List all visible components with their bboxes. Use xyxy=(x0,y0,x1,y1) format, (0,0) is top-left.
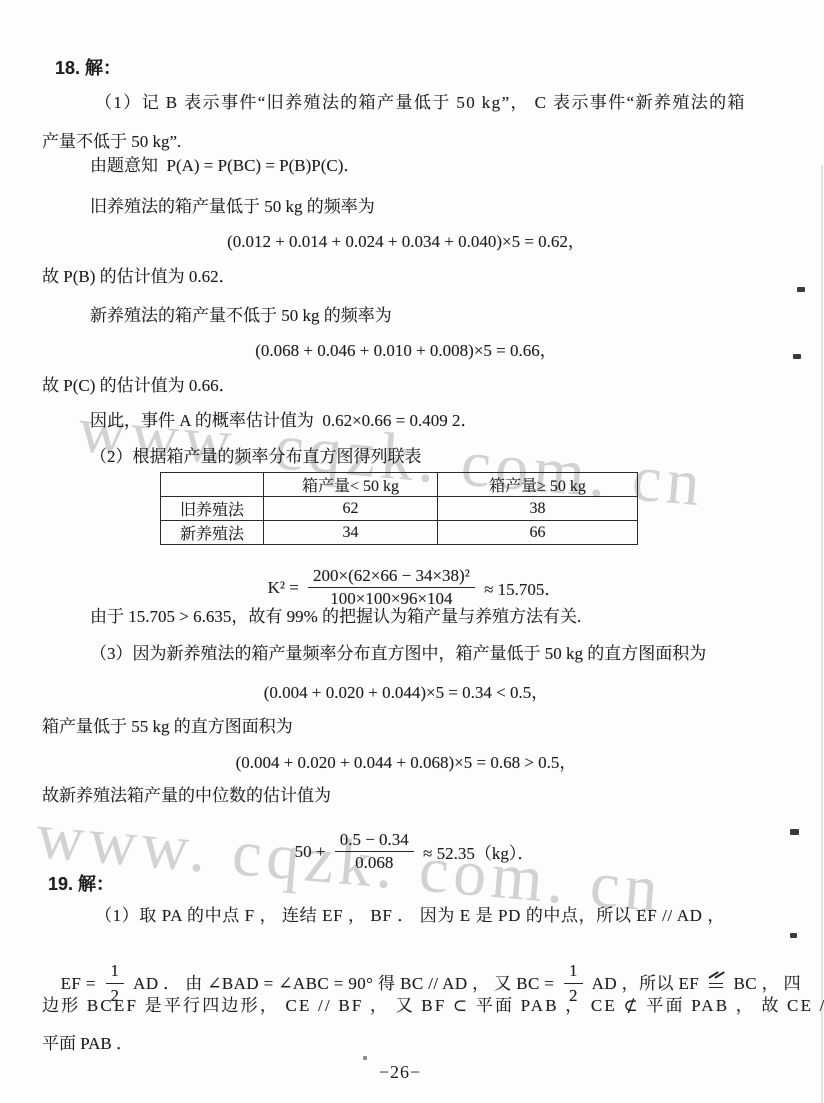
p19-line1: （1）取 PA 的中点 F ， 连结 EF ， BF ． 因为 E 是 PD 的… xyxy=(95,905,725,927)
p18-formula-old: (0.012 + 0.014 + 0.024 + 0.034 + 0.040)×… xyxy=(0,227,812,252)
table-row: 旧养殖法 62 38 xyxy=(161,497,638,521)
p18-new-freq-intro: 新养殖法的箱产量不低于 50 kg 的频率为 xyxy=(90,305,392,327)
table-header-ge50: 箱产量≥ 50 kg xyxy=(438,473,638,497)
p19-l2-seg-b: AD ． 由 ∠BAD = ∠ABC = 90° 得 BC // AD ， 又 … xyxy=(129,973,559,995)
scan-speck xyxy=(790,933,797,938)
p18-conclusion-a: 因此，事件 A 的概率估计值为 0.62×0.66 = 0.409 2． xyxy=(90,410,478,432)
scan-edge-line xyxy=(821,165,823,1103)
p18-part3-intro: （3）因为新养殖法的箱产量频率分布直方图中，箱产量低于 50 kg 的直方图面积… xyxy=(90,643,706,665)
p18-part1-line2: 产量不低于 50 kg”. xyxy=(42,131,181,153)
p18-pc-estimate: 故 P(C) 的估计值为 0.66． xyxy=(42,375,236,397)
table-cell: 62 xyxy=(264,497,438,521)
median-formula: 50 + 0.5 − 0.340.068 ≈ 52.35（kg）． xyxy=(0,810,812,893)
k2-fraction: 200×(62×66 − 34×38)²100×100×96×104 xyxy=(308,566,475,609)
k2-rhs: ≈ 15.705． xyxy=(480,575,562,600)
p18-old-freq-intro: 旧养殖法的箱产量低于 50 kg 的频率为 xyxy=(90,196,375,218)
median-fraction: 0.5 − 0.340.068 xyxy=(335,830,414,873)
p18-median-intro: 故新养殖法箱产量的中位数的估计值为 xyxy=(42,785,331,807)
p19-l2-seg-c: AD ，所以 EF xyxy=(588,973,704,995)
page-number: −26− xyxy=(0,1062,800,1083)
k2-conclusion: 由于 15.705 > 6.635，故有 99% 的把握认为箱产量与养殖方法有关… xyxy=(90,606,581,628)
k2-lhs: K² = xyxy=(268,578,303,598)
p19-frac2-numerator: 1 xyxy=(564,960,583,984)
scan-speck xyxy=(363,1056,367,1060)
table-header-empty xyxy=(161,473,264,497)
p18-part1-line1: （1）记 B 表示事件“旧养殖法的箱产量低于 50 kg”， C 表示事件“新养… xyxy=(95,92,746,114)
table-cell: 34 xyxy=(264,521,438,545)
table-header-lt50: 箱产量< 50 kg xyxy=(264,473,438,497)
table-cell: 38 xyxy=(438,497,638,521)
table-header-row: 箱产量< 50 kg 箱产量≥ 50 kg xyxy=(161,473,638,497)
p18-formula-new: (0.068 + 0.046 + 0.010 + 0.008)×5 = 0.66… xyxy=(0,336,812,361)
scan-speck xyxy=(797,287,805,292)
table-cell: 66 xyxy=(438,521,638,545)
median-numerator: 0.5 − 0.34 xyxy=(335,830,414,852)
p19-line4: 平面 PAB ． xyxy=(42,1033,133,1055)
p18-pb-estimate: 故 P(B) 的估计值为 0.62． xyxy=(42,266,236,288)
p18-given-line: 由题意知 P(A) = P(BC) = P(B)P(C)． xyxy=(90,155,360,177)
p18-formula-lt55: (0.004 + 0.020 + 0.044 + 0.068)×5 = 0.68… xyxy=(0,748,812,773)
median-rhs: ≈ 52.35（kg）． xyxy=(419,839,535,864)
problem-18-heading: 18. 解： xyxy=(55,57,121,79)
table-row-label: 新养殖法 xyxy=(161,521,264,545)
p19-line3: 边形 BCEF 是平行四边形， CE // BF ， 又 BF ⊂ 平面 PAB… xyxy=(42,995,824,1017)
contingency-table: 箱产量< 50 kg 箱产量≥ 50 kg 旧养殖法 62 38 新养殖法 34… xyxy=(160,472,638,545)
problem-19-heading: 19. 解： xyxy=(48,873,114,895)
scan-speck xyxy=(793,354,801,359)
table-row-label: 旧养殖法 xyxy=(161,497,264,521)
k2-numerator: 200×(62×66 − 34×38)² xyxy=(308,566,475,588)
median-denominator: 0.068 xyxy=(335,852,414,873)
median-lhs: 50 + xyxy=(295,842,330,862)
p19-frac1-numerator: 1 xyxy=(106,960,125,984)
p19-l2-seg-a: EF = xyxy=(61,973,101,995)
table-row: 新养殖法 34 66 xyxy=(161,521,638,545)
p18-part2-intro: （2）根据箱产量的频率分布直方图得列联表 xyxy=(90,446,422,468)
parallel-equal-icon xyxy=(706,970,727,989)
p19-l2-seg-d: BC ， 四 xyxy=(729,973,801,995)
scan-speck xyxy=(790,829,799,835)
document-page: www. cqzk. com. cn www. cqzk. com. cn 18… xyxy=(0,0,824,1103)
p18-lt55-intro: 箱产量低于 55 kg 的直方图面积为 xyxy=(42,716,293,738)
p18-formula-lt50: (0.004 + 0.020 + 0.044)×5 = 0.34 < 0.5， xyxy=(0,678,812,703)
